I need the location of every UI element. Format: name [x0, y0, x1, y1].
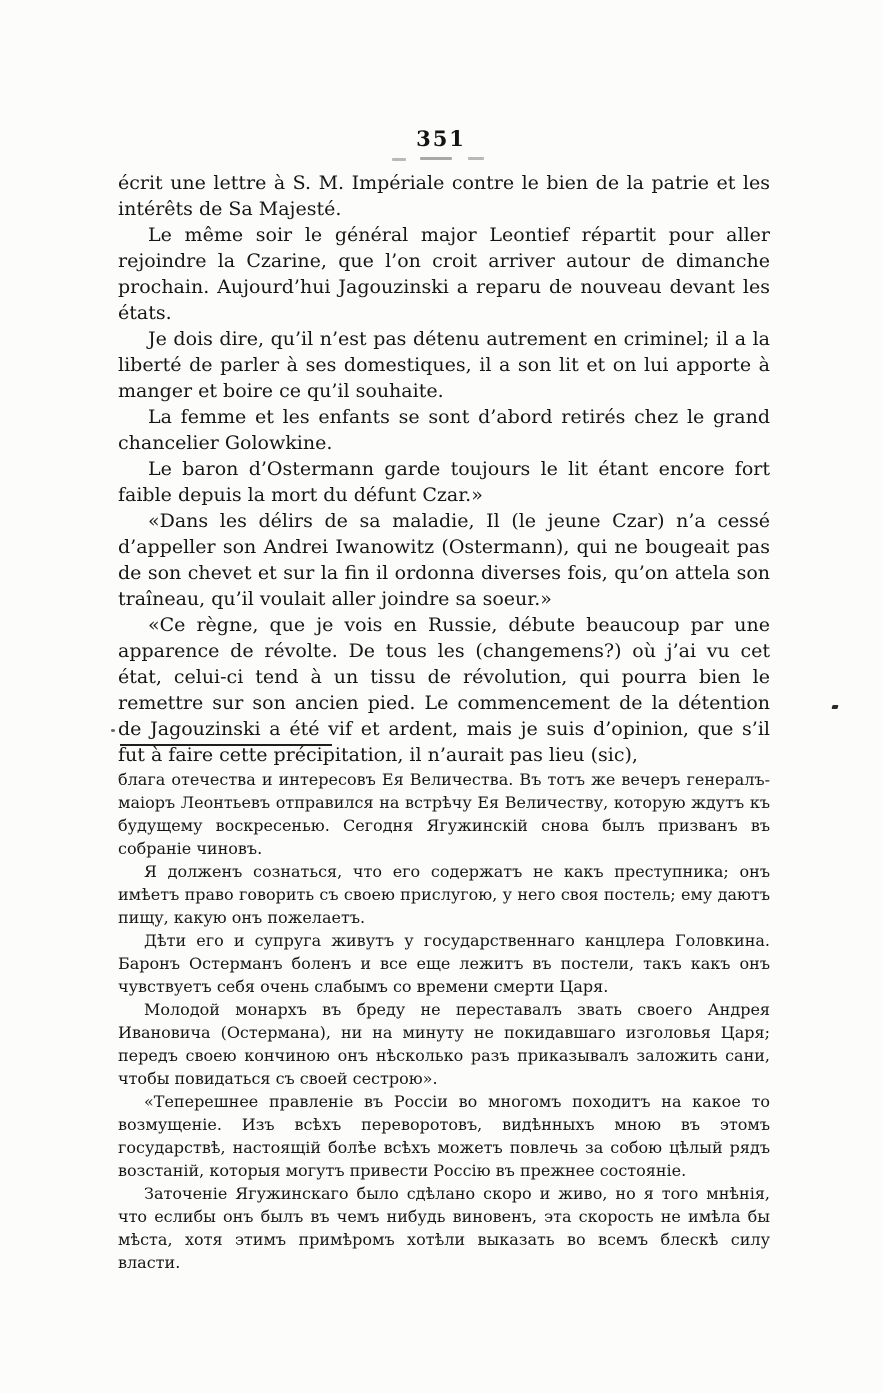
- russian-footnote-block: блага отечества и интересовъ Ея Величест…: [118, 768, 770, 1274]
- paragraph: Молодой монархъ въ бреду не переставалъ …: [118, 998, 770, 1090]
- paragraph: Le baron d’Ostermann garde toujours le l…: [118, 456, 770, 508]
- paragraph: блага отечества и интересовъ Ея Величест…: [118, 768, 770, 860]
- paragraph: «Теперешнее правленіе въ Россіи во много…: [118, 1090, 770, 1182]
- footnote-separator: [120, 744, 332, 746]
- book-page: 351 écrit une lettre à S. M. Impériale c…: [0, 0, 882, 1393]
- french-text-block: écrit une lettre à S. M. Impériale contr…: [118, 170, 770, 768]
- paragraph: Le même soir le général major Leontief r…: [118, 222, 770, 326]
- paragraph: écrit une lettre à S. M. Impériale contr…: [118, 170, 770, 222]
- paragraph: Я долженъ сознаться, что его содержатъ н…: [118, 860, 770, 929]
- paragraph: Je dois dire, qu’il n’est pas détenu aut…: [118, 326, 770, 404]
- paragraph: La femme et les enfants se sont d’abord …: [118, 404, 770, 456]
- scan-smudge: [468, 157, 484, 160]
- scan-smudge: [420, 157, 452, 160]
- paragraph: «Dans les délirs de sa maladie, Il (le j…: [118, 508, 770, 612]
- ink-speck: [831, 705, 838, 709]
- paragraph: Заточеніе Ягужинскаго было сдѣлано скоро…: [118, 1182, 770, 1274]
- page-number: 351: [0, 126, 882, 151]
- paragraph: Дѣти его и супруга живутъ у государствен…: [118, 929, 770, 998]
- scan-smudge: [392, 158, 406, 161]
- ink-speck: [111, 729, 115, 732]
